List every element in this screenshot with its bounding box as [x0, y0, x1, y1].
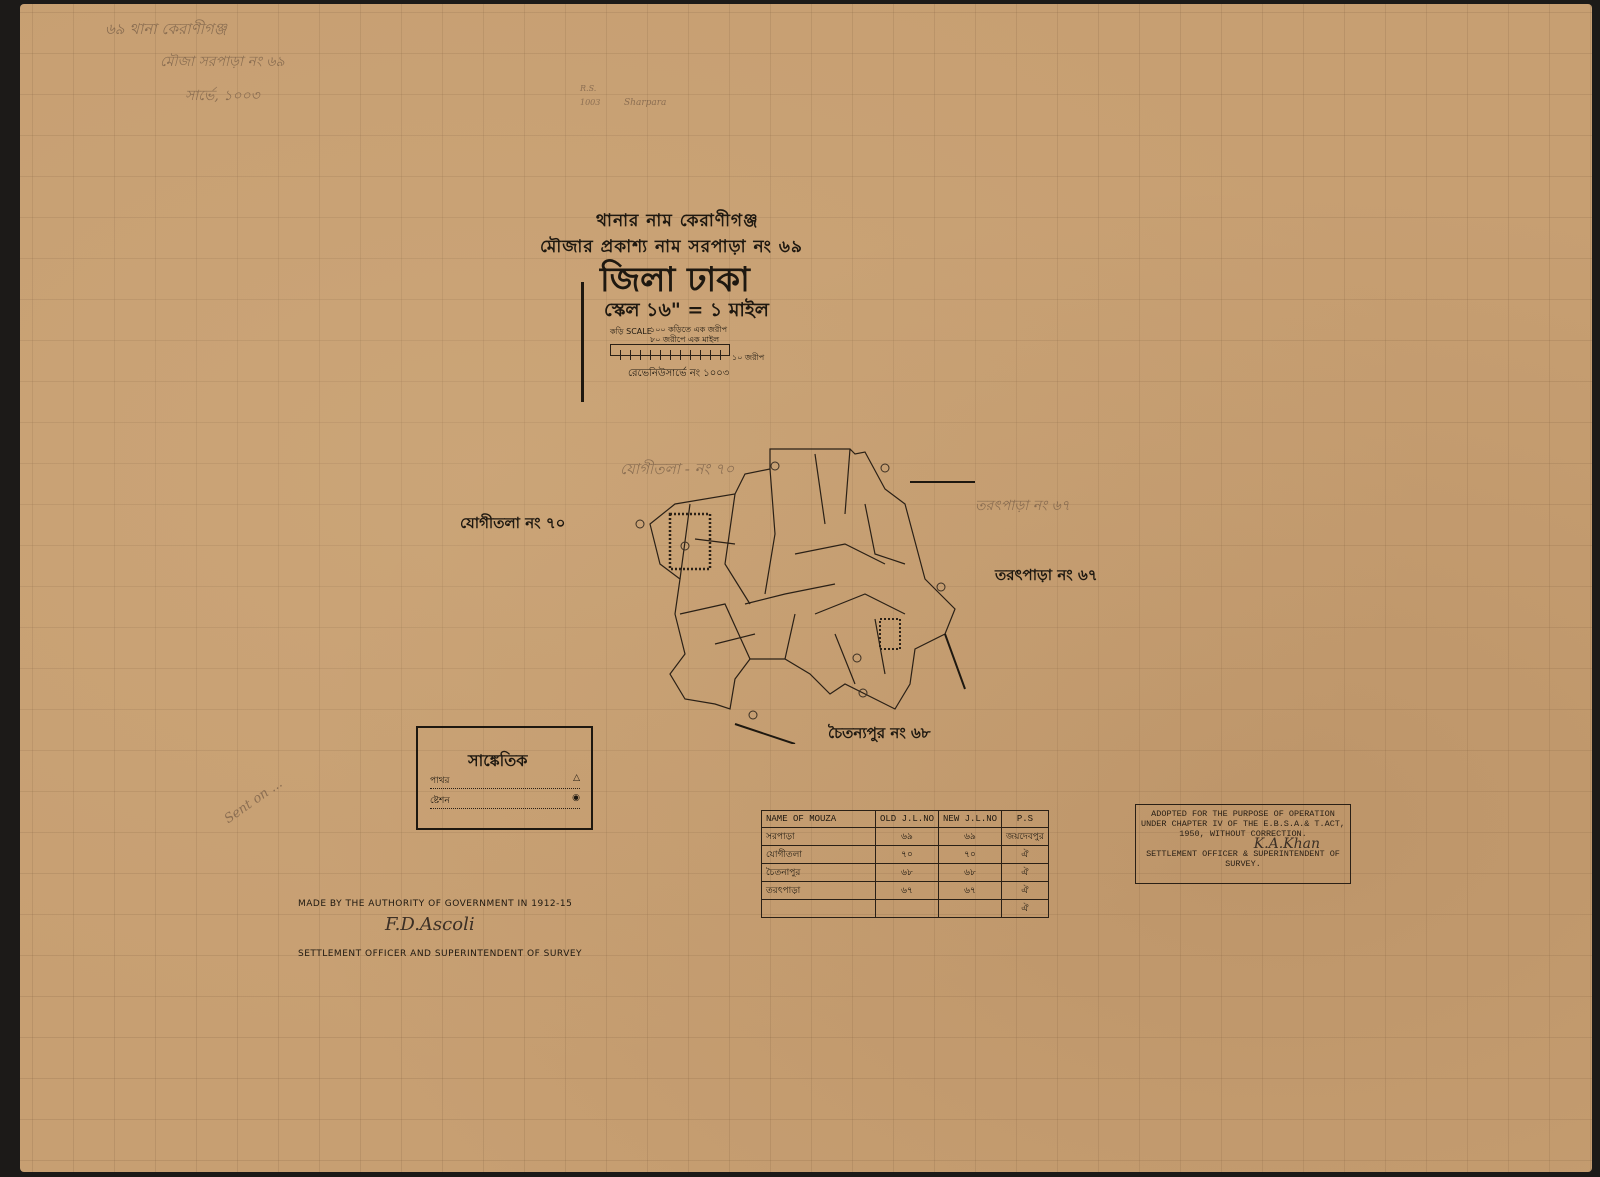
col-name: NAME OF MOUZA — [762, 811, 876, 828]
cell: ৬৯ — [876, 828, 939, 846]
cell: তরৎপাড়া — [762, 882, 876, 900]
col-new-jl: NEW J.L.NO — [939, 811, 1002, 828]
cell: ঐ — [1002, 846, 1049, 864]
neighbor-south: চৈতন্যপুর নং ৬৮ — [828, 722, 931, 747]
cell: ৬৮ — [876, 864, 939, 882]
cell: ৬৯ — [939, 828, 1002, 846]
triangle-icon: △ — [573, 773, 580, 783]
cell: ৬৭ — [939, 882, 1002, 900]
cell: ৬৮ — [939, 864, 1002, 882]
map-sheet: ৬৯ থানা কেরাণীগঞ্জ মৌজা সরপাড়া নং ৬৯ সা… — [20, 4, 1592, 1172]
mouza-table: NAME OF MOUZA OLD J.L.NO NEW J.L.NO P.S … — [761, 810, 1049, 918]
header-no: 1003 — [580, 98, 600, 107]
neighbor-east: তরৎপাড়া নং ৬৭ — [995, 564, 1097, 589]
cell: ৬৭ — [876, 882, 939, 900]
thana-name: থানার নাম কেরাণীগঞ্জ — [596, 208, 759, 236]
adoption-signature: K.A.Khan — [1136, 839, 1350, 849]
pencil-note-map: যোগীতলা - নং ৭০ — [620, 458, 734, 483]
table-row: চৈতনাপুর৬৮৬৮ঐ — [762, 864, 1049, 882]
adoption-line: UNDER CHAPTER IV OF THE E.B.S.A.& T.ACT, — [1136, 819, 1350, 829]
scale-bar — [610, 344, 730, 356]
circle-icon: ◉ — [572, 793, 580, 803]
pencil-note-top-1: ৬৯ থানা কেরাণীগঞ্জ — [105, 18, 227, 43]
cell: ঐ — [1002, 864, 1049, 882]
cell: ৭০ — [876, 846, 939, 864]
adoption-stamp: ADOPTED FOR THE PURPOSE OF OPERATION UND… — [1135, 804, 1351, 884]
header-rs: R.S. — [580, 84, 596, 93]
cell — [762, 900, 876, 918]
pencil-note-east: তরৎপাড়া নং ৬৭ — [975, 494, 1070, 518]
cell: ঐ — [1002, 900, 1049, 918]
resurvey-number: রেভেনিউসার্ভে নং ১০০৩ — [628, 366, 729, 383]
table-row: তরৎপাড়া৬৭৬৭ঐ — [762, 882, 1049, 900]
north-arrow-icon — [581, 282, 584, 402]
cell: ৭০ — [939, 846, 1002, 864]
legend-item-station: ষ্টেশন ◉ — [430, 793, 580, 809]
cell — [939, 900, 1002, 918]
made-by-text: MADE BY THE AUTHORITY OF GOVERNMENT IN 1… — [298, 899, 572, 909]
pencil-note-top-3: সার্ভে, ১০০৩ — [185, 84, 260, 108]
table-row: যোগীতলা৭০৭০ঐ — [762, 846, 1049, 864]
table-row: সরপাড়া৬৯৬৯জয়দেবপুর — [762, 828, 1049, 846]
legend-label: পাথর — [430, 776, 450, 786]
scale-label: কড়ি SCALE — [610, 326, 652, 339]
col-old-jl: OLD J.L.NO — [876, 811, 939, 828]
adoption-line: SETTLEMENT OFFICER & SUPERINTENDENT OF — [1136, 849, 1350, 859]
officer-text: SETTLEMENT OFFICER AND SUPERINTENDENT OF… — [298, 949, 582, 959]
pencil-note-top-2: মৌজা সরপাড়া নং ৬৯ — [160, 50, 285, 74]
pencil-note-left: Sent on ... — [222, 776, 286, 827]
adoption-line: SURVEY. — [1136, 859, 1350, 869]
cell: যোগীতলা — [762, 846, 876, 864]
table-header: NAME OF MOUZA OLD J.L.NO NEW J.L.NO P.S — [762, 811, 1049, 828]
cell: সরপাড়া — [762, 828, 876, 846]
mouza-plot-map — [635, 444, 975, 744]
authority-signature: F.D.Ascoli — [385, 914, 475, 935]
legend-label: ষ্টেশন — [430, 796, 450, 806]
neighbor-west: যোগীতলা নং ৭০ — [460, 512, 565, 537]
legend-item-stone: পাথর △ — [430, 773, 580, 789]
cell: চৈতনাপুর — [762, 864, 876, 882]
col-ps: P.S — [1002, 811, 1049, 828]
cell: জয়দেবপুর — [1002, 828, 1049, 846]
cell: ঐ — [1002, 882, 1049, 900]
header-place: Sharpara — [624, 98, 666, 108]
table-row: ঐ — [762, 900, 1049, 918]
legend-box: সাঙ্কেতিক পাথর △ ষ্টেশন ◉ — [416, 726, 593, 830]
adoption-line: ADOPTED FOR THE PURPOSE OF OPERATION — [1136, 809, 1350, 819]
legend-title: সাঙ্কেতিক — [468, 748, 527, 775]
cell — [876, 900, 939, 918]
scale-end-label: ১০ জরীপ — [732, 352, 764, 365]
